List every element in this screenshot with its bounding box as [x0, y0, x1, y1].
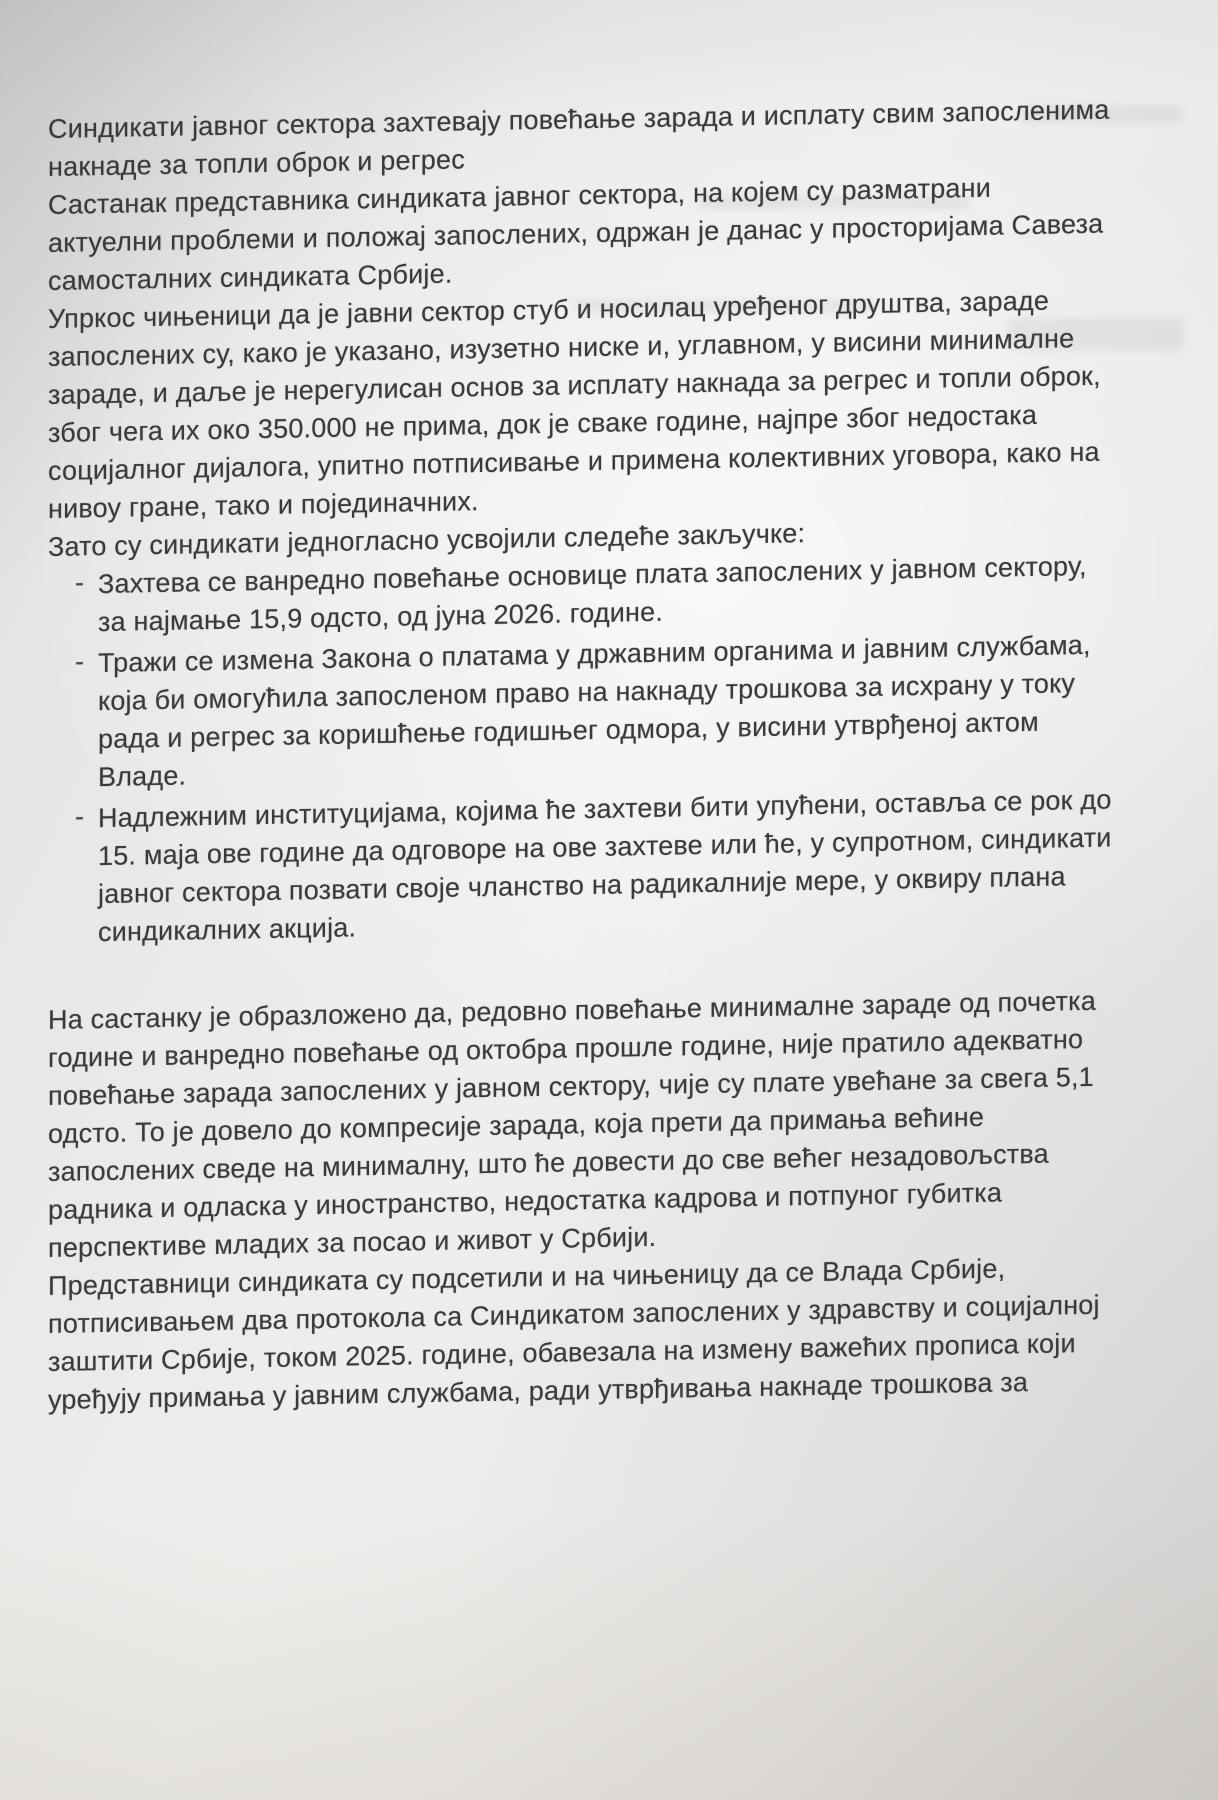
conclusion-item-text: Захтева се ванредно повећање основице пл… — [98, 551, 1087, 637]
bullet-dash-icon: - — [75, 642, 84, 680]
conclusion-item: - Тражи се измена Закона о платама у држ… — [48, 625, 1113, 797]
bullet-dash-icon: - — [75, 563, 84, 601]
paragraph-government-protocols: Представници синдиката су подсетили и на… — [48, 1247, 1113, 1419]
conclusion-item-text: Тражи се измена Закона о платама у држав… — [98, 630, 1091, 792]
scanned-document-photo: Синдикати јавног сектора захтевају повећ… — [0, 0, 1218, 1800]
document-page: Синдикати јавног сектора захтевају повећ… — [48, 90, 1113, 1419]
conclusions-list: - Захтева се ванредно повећање основице … — [48, 546, 1113, 952]
paragraph-wage-situation: Упркос чињеници да је јавни сектор стуб … — [48, 280, 1113, 528]
paragraph-meeting: Састанак представника синдиката јавног с… — [48, 166, 1113, 300]
conclusion-item-text: Надлежним институцијама, којима ће захте… — [98, 785, 1112, 948]
paragraph-minimum-wage-explanation: На састанку је образложено да, редовно п… — [48, 981, 1113, 1267]
conclusion-item: - Надлежним институцијама, којима ће зах… — [48, 780, 1113, 952]
bullet-dash-icon: - — [75, 797, 84, 835]
